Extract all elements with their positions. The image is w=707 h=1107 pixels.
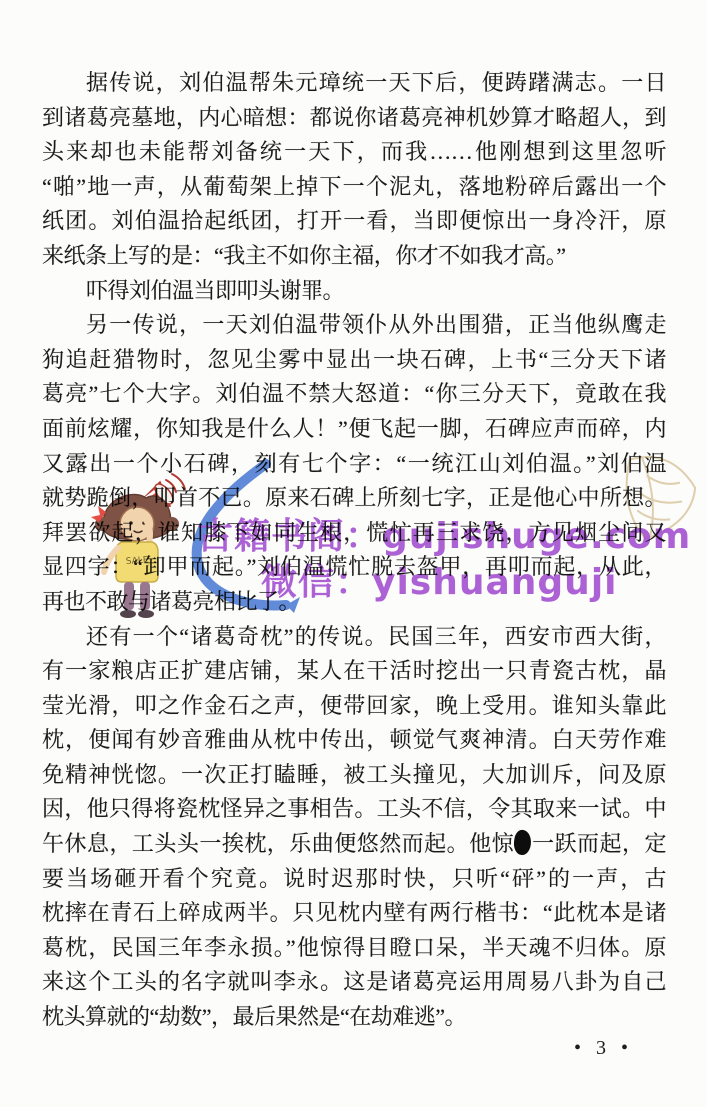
watermark-site-text: 古籍书阁：gujishuge.com <box>197 508 691 559</box>
page-number: • 3 • <box>574 1037 633 1060</box>
watermark-wechat-text: 微信：yishuanguji <box>261 554 618 605</box>
megaphone-girl-icon: SALE <box>82 472 194 622</box>
svg-text:SALE: SALE <box>126 555 150 567</box>
watermark-layer: SALE 古籍书阁：gujishuge.com 微信：yishuanguji <box>0 0 707 1107</box>
